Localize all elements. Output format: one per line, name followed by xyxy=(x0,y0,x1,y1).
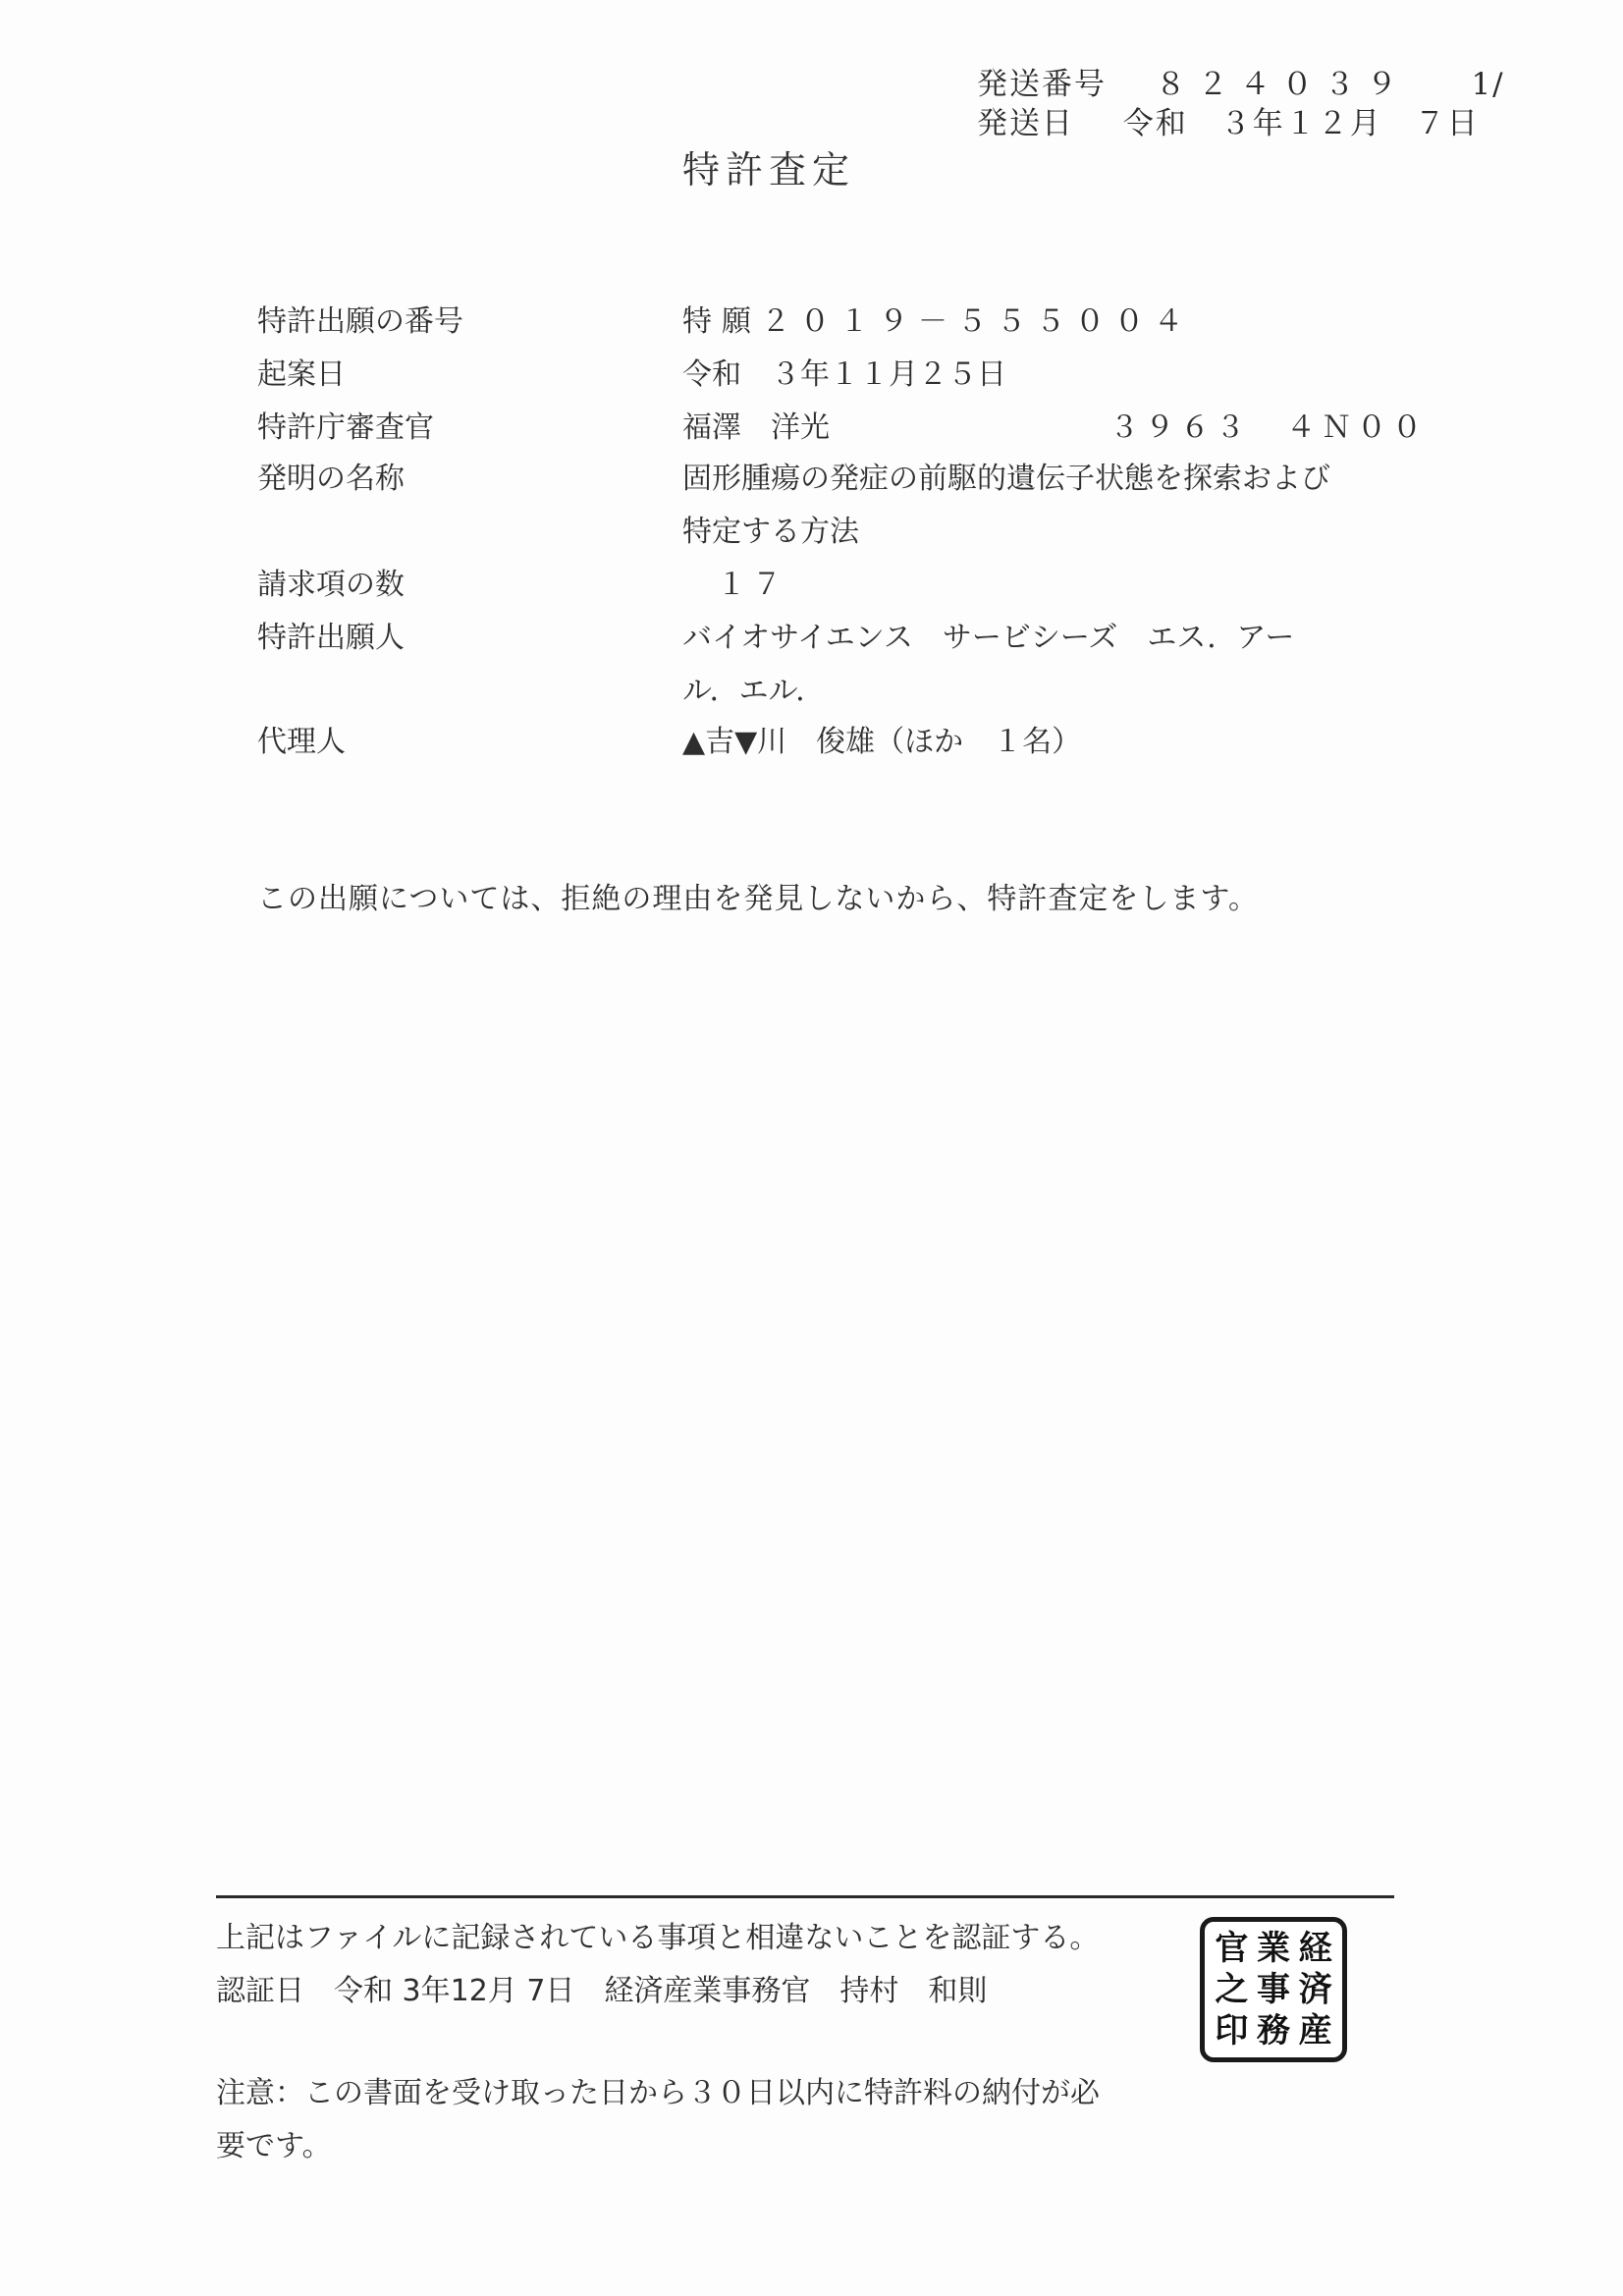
official-seal: 経 済 産 業 事 務 官 之 印 xyxy=(1200,1917,1347,2062)
field-value-application-number: 特願２０１９－５５５００４ xyxy=(682,297,1193,348)
field-label-invention-title: 発明の名称 xyxy=(257,454,405,505)
field-label-agent: 代理人 xyxy=(257,717,346,768)
field-label-application-number: 特許出願の番号 xyxy=(257,297,463,348)
seal-char: 印 xyxy=(1211,2010,1253,2051)
seal-char: 務 xyxy=(1253,2010,1295,2051)
field-value-invention-title-cont: 特定する方法 xyxy=(682,507,859,558)
field-label-draft-date: 起案日 xyxy=(257,350,346,401)
notice-line-1: 注意：この書面を受け取った日から３０日以内に特許料の納付が必 xyxy=(216,2068,1100,2119)
certification-statement: 上記はファイルに記録されている事項と相違ないことを認証する。 xyxy=(216,1913,1099,1964)
decision-statement: この出願については、拒絶の理由を発見しないから、特許査定をします。 xyxy=(257,874,1259,917)
seal-char: 之 xyxy=(1211,1969,1253,2010)
examiner-code: ３９６３ ４Ｎ００ xyxy=(1109,403,1428,454)
certification-line: 認証日 令和 3年12月 7日 経済産業事務官 持村 和則 xyxy=(216,1966,987,2017)
seal-char: 経 xyxy=(1294,1928,1336,1969)
field-value-applicant: バイオサイエンス サービシーズ エス．アー xyxy=(682,613,1294,664)
page-indicator: 1/ xyxy=(1471,67,1504,102)
dispatch-number: ８２４０３９ xyxy=(1156,65,1409,104)
dispatch-date: 令和 ３年１２月 ７日 xyxy=(1123,106,1480,141)
field-value-invention-title: 固形腫瘍の発症の前駆的遺伝子状態を探索および xyxy=(682,454,1330,505)
field-label-applicant: 特許出願人 xyxy=(257,613,405,664)
patent-decision-document: 発送番号 ８２４０３９ 1/ 発送日 令和 ３年１２月 ７日 特許査定 特許出願… xyxy=(0,0,1623,2296)
seal-char: 産 xyxy=(1294,2010,1336,2051)
field-value-examiner: 福澤 洋光 xyxy=(682,403,830,454)
field-value-draft-date: 令和 ３年１１月２５日 xyxy=(682,350,1006,401)
field-label-examiner: 特許庁審査官 xyxy=(257,403,434,454)
seal-char: 官 xyxy=(1211,1928,1253,1969)
dispatch-number-label: 発送番号 xyxy=(977,67,1107,102)
footer-divider xyxy=(216,1895,1394,1898)
field-value-agent: ▲吉▼川 俊雄（ほか １名） xyxy=(682,717,1081,768)
seal-char: 済 xyxy=(1294,1969,1336,2010)
field-value-applicant-cont: ル．エル． xyxy=(682,666,825,717)
dispatch-date-line: 発送日 令和 ３年１２月 ７日 xyxy=(977,104,1480,143)
field-value-claim-count: １７ xyxy=(717,560,787,611)
seal-char: 事 xyxy=(1253,1969,1295,2010)
notice-line-2: 要です。 xyxy=(216,2121,332,2172)
dispatch-date-label: 発送日 xyxy=(977,106,1074,141)
field-label-claim-count: 請求項の数 xyxy=(257,560,405,611)
seal-char: 業 xyxy=(1253,1928,1295,1969)
document-title: 特許査定 xyxy=(682,139,855,193)
dispatch-number-line: 発送番号 ８２４０３９ 1/ xyxy=(977,65,1505,104)
